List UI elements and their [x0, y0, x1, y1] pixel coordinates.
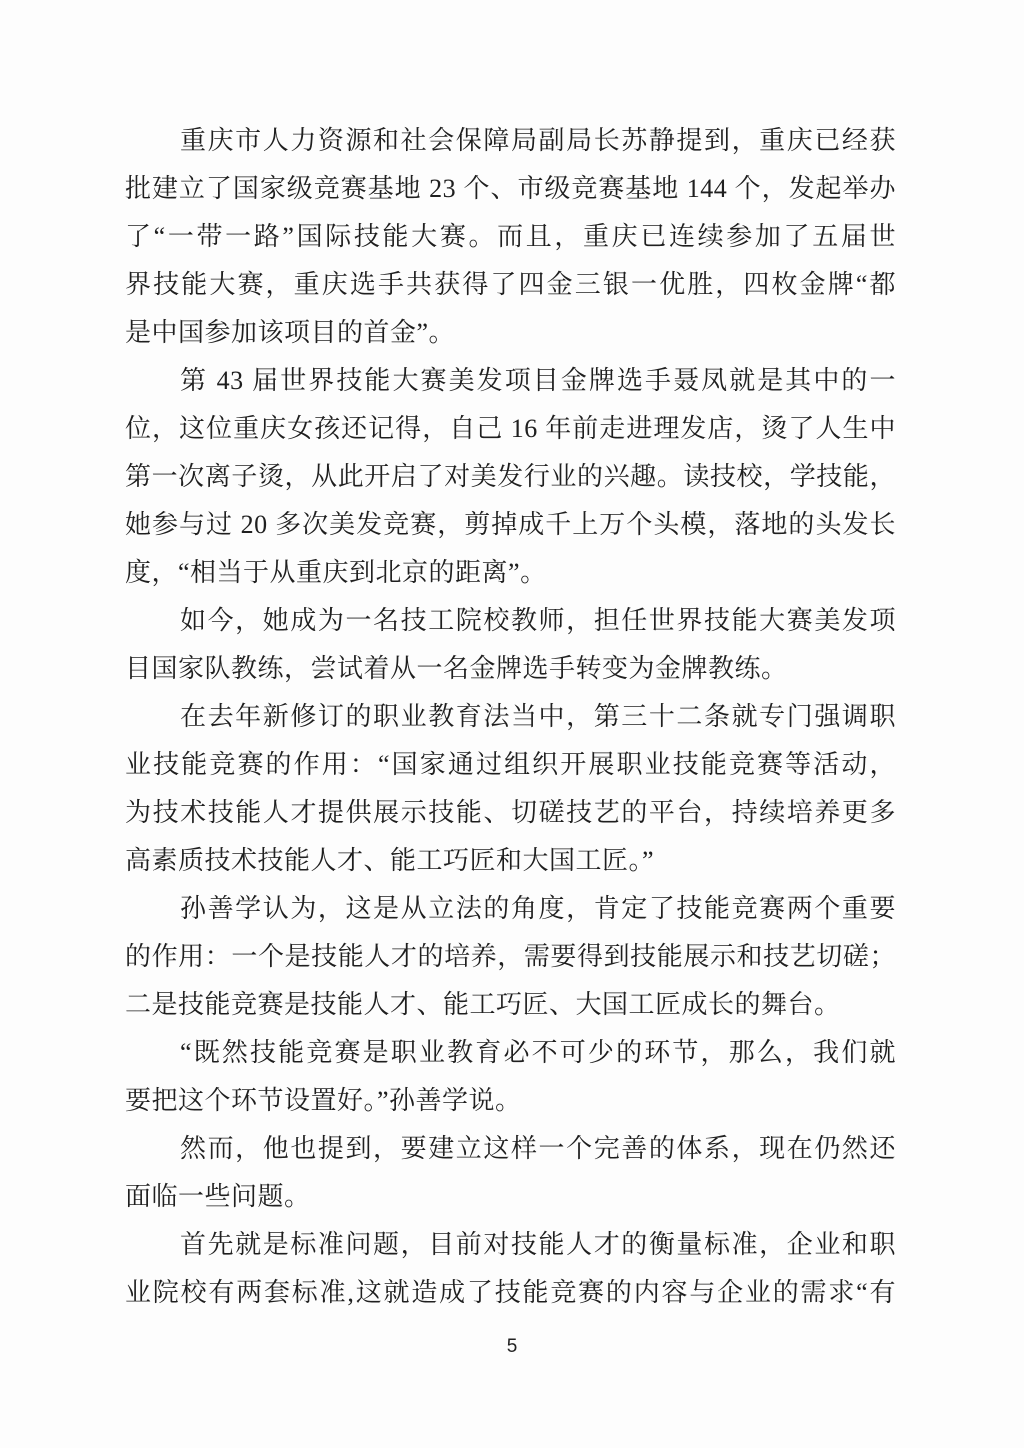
- text-line: 重庆市人力资源和社会保障局副局长苏静提到，重庆已经获: [125, 117, 896, 165]
- text-line: 的作用：一个是技能人才的培养，需要得到技能展示和技艺切磋；: [125, 933, 896, 981]
- text-line: 然而，他也提到，要建立这样一个完善的体系，现在仍然还: [125, 1125, 896, 1173]
- text-line: 位，这位重庆女孩还记得，自己 16 年前走进理发店，烫了人生中: [125, 405, 896, 453]
- text-line: 业院校有两套标准,这就造成了技能竞赛的内容与企业的需求“有: [125, 1269, 896, 1317]
- text-line: 目国家队教练，尝试着从一名金牌选手转变为金牌教练。: [125, 645, 896, 693]
- page-number: 5: [507, 1336, 518, 1357]
- text-line: 批建立了国家级竞赛基地 23 个、市级竞赛基地 144 个，发起举办: [125, 165, 896, 213]
- page-footer: 5: [0, 1336, 1024, 1358]
- document-body-text: 重庆市人力资源和社会保障局副局长苏静提到，重庆已经获批建立了国家级竞赛基地 23…: [125, 117, 896, 1317]
- text-line: 是中国参加该项目的首金”。: [125, 309, 896, 357]
- text-line: 她参与过 20 多次美发竞赛，剪掉成千上万个头模，落地的头发长: [125, 501, 896, 549]
- text-line: 界技能大赛，重庆选手共获得了四金三银一优胜，四枚金牌“都: [125, 261, 896, 309]
- text-line: 首先就是标准问题，目前对技能人才的衡量标准，企业和职: [125, 1221, 896, 1269]
- text-line: 在去年新修订的职业教育法当中，第三十二条就专门强调职: [125, 693, 896, 741]
- text-line: 面临一些问题。: [125, 1173, 896, 1221]
- text-line: 为技术技能人才提供展示技能、切磋技艺的平台，持续培养更多: [125, 789, 896, 837]
- text-line: 业技能竞赛的作用：“国家通过组织开展职业技能竞赛等活动，: [125, 741, 896, 789]
- text-line: 第一次离子烫，从此开启了对美发行业的兴趣。读技校，学技能，: [125, 453, 896, 501]
- text-line: “既然技能竞赛是职业教育必不可少的环节，那么，我们就: [125, 1029, 896, 1077]
- text-line: 度，“相当于从重庆到北京的距离”。: [125, 549, 896, 597]
- text-line: 如今，她成为一名技工院校教师，担任世界技能大赛美发项: [125, 597, 896, 645]
- text-line: 二是技能竞赛是技能人才、能工巧匠、大国工匠成长的舞台。: [125, 981, 896, 1029]
- text-line: 孙善学认为，这是从立法的角度，肯定了技能竞赛两个重要: [125, 885, 896, 933]
- text-line: 了“一带一路”国际技能大赛。而且，重庆已连续参加了五届世: [125, 213, 896, 261]
- text-line: 第 43 届世界技能大赛美发项目金牌选手聂凤就是其中的一: [125, 357, 896, 405]
- text-line: 要把这个环节设置好。”孙善学说。: [125, 1077, 896, 1125]
- document-page: 重庆市人力资源和社会保障局副局长苏静提到，重庆已经获批建立了国家级竞赛基地 23…: [0, 0, 1024, 1448]
- text-line: 高素质技术技能人才、能工巧匠和大国工匠。”: [125, 837, 896, 885]
